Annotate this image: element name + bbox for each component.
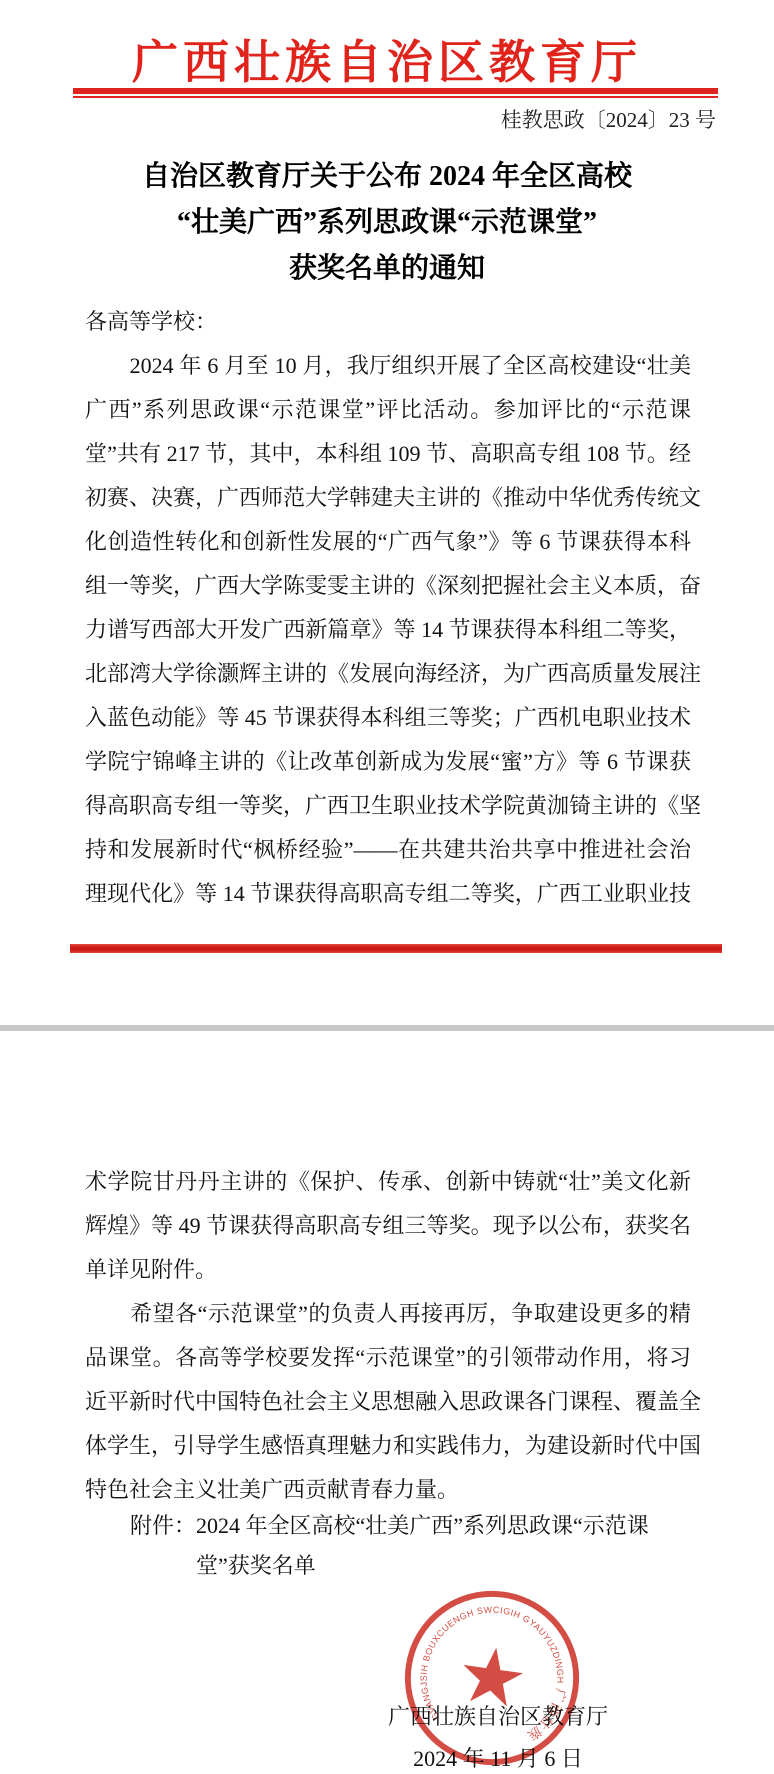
document-title: 自治区教育厅关于公布 2024 年全区高校 “壮美广西”系列思政课“示范课堂” …	[0, 154, 774, 292]
body-line: 力谱写西部大开发广西新篇章》等 14 节课获得本科组二等奖，	[85, 608, 691, 652]
body-line: 单详见附件。	[85, 1248, 691, 1292]
official-document: 广西壮族自治区教育厅 桂教思政〔2024〕23 号 自治区教育厅关于公布 202…	[0, 0, 774, 1774]
seal-star-icon	[459, 1643, 526, 1708]
attachment-line2: 堂”获奖名单	[130, 1546, 710, 1586]
body-line: 化创造性转化和创新性发展的“广西气象”》等 6 节课获得本科	[85, 520, 691, 564]
body-line: 体学生，引导学生感悟真理魅力和实践伟力，为建设新时代中国	[85, 1424, 691, 1468]
body-line: 北部湾大学徐灏辉主讲的《发展向海经济，为广西高质量发展注	[85, 652, 691, 696]
attachment-note: 附件：2024 年全区高校“壮美广西”系列思政课“示范课 堂”获奖名单	[130, 1506, 710, 1586]
body-line: 初赛、决赛，广西师范大学韩建夫主讲的《推动中华优秀传统文	[85, 476, 691, 520]
official-seal: GVANGJSIH BOUXCUENGH SWCIGIH GYAUYUZDING…	[398, 1584, 586, 1772]
body-line: 2024 年 6 月至 10 月，我厅组织开展了全区高校建设“壮美	[85, 344, 691, 388]
body-line: 希望各“示范课堂”的负责人再接再厉，争取建设更多的精	[85, 1292, 691, 1336]
body-line: 组一等奖，广西大学陈雯雯主讲的《深刻把握社会主义本质，奋	[85, 564, 691, 608]
body-line: 术学院甘丹丹主讲的《保护、传承、创新中铸就“壮”美文化新	[85, 1160, 691, 1204]
body-line: 入蓝色动能》等 45 节课获得本科组三等奖；广西机电职业技术	[85, 696, 691, 740]
page-break-divider	[0, 1025, 774, 1031]
attachment-line1: 附件：2024 年全区高校“壮美广西”系列思政课“示范课	[130, 1506, 710, 1546]
issuing-authority-title: 广西壮族自治区教育厅	[0, 26, 774, 92]
body-line: 广西”系列思政课“示范课堂”评比活动。参加评比的“示范课	[85, 388, 691, 432]
page2-body: 术学院甘丹丹主讲的《保护、传承、创新中铸就“壮”美文化新辉煌》等 49 节课获得…	[85, 1160, 691, 1512]
body-line: 理现代化》等 14 节课获得高职高专组二等奖，广西工业职业技	[85, 872, 691, 916]
document-title-line3: 获奖名单的通知	[0, 246, 774, 292]
header-rule-thin	[73, 96, 718, 98]
document-title-line2: “壮美广西”系列思政课“示范课堂”	[0, 200, 774, 246]
header-rule-thick	[73, 88, 718, 94]
document-number: 桂教思政〔2024〕23 号	[501, 104, 716, 134]
page1-body: 2024 年 6 月至 10 月，我厅组织开展了全区高校建设“壮美广西”系列思政…	[85, 344, 691, 916]
document-title-line1: 自治区教育厅关于公布 2024 年全区高校	[0, 154, 774, 200]
body-line: 辉煌》等 49 节课获得高职高专组三等奖。现予以公布，获奖名	[85, 1204, 691, 1248]
body-line: 学院宁锦峰主讲的《让改革创新成为发展“蜜”方》等 6 节课获	[85, 740, 691, 784]
body-line: 持和发展新时代“枫桥经验”——在共建共治共享中推进社会治	[85, 828, 691, 872]
page1-footer-rule	[70, 944, 722, 953]
body-line: 得高职高专组一等奖，广西卫生职业技术学院黄泇锜主讲的《坚	[85, 784, 691, 828]
body-line: 近平新时代中国特色社会主义思想融入思政课各门课程、覆盖全	[85, 1380, 691, 1424]
salutation: 各高等学校：	[85, 300, 691, 344]
body-line: 堂”共有 217 节，其中，本科组 109 节、高职高专组 108 节。经	[85, 432, 691, 476]
body-line: 品课堂。各高等学校要发挥“示范课堂”的引领带动作用，将习	[85, 1336, 691, 1380]
